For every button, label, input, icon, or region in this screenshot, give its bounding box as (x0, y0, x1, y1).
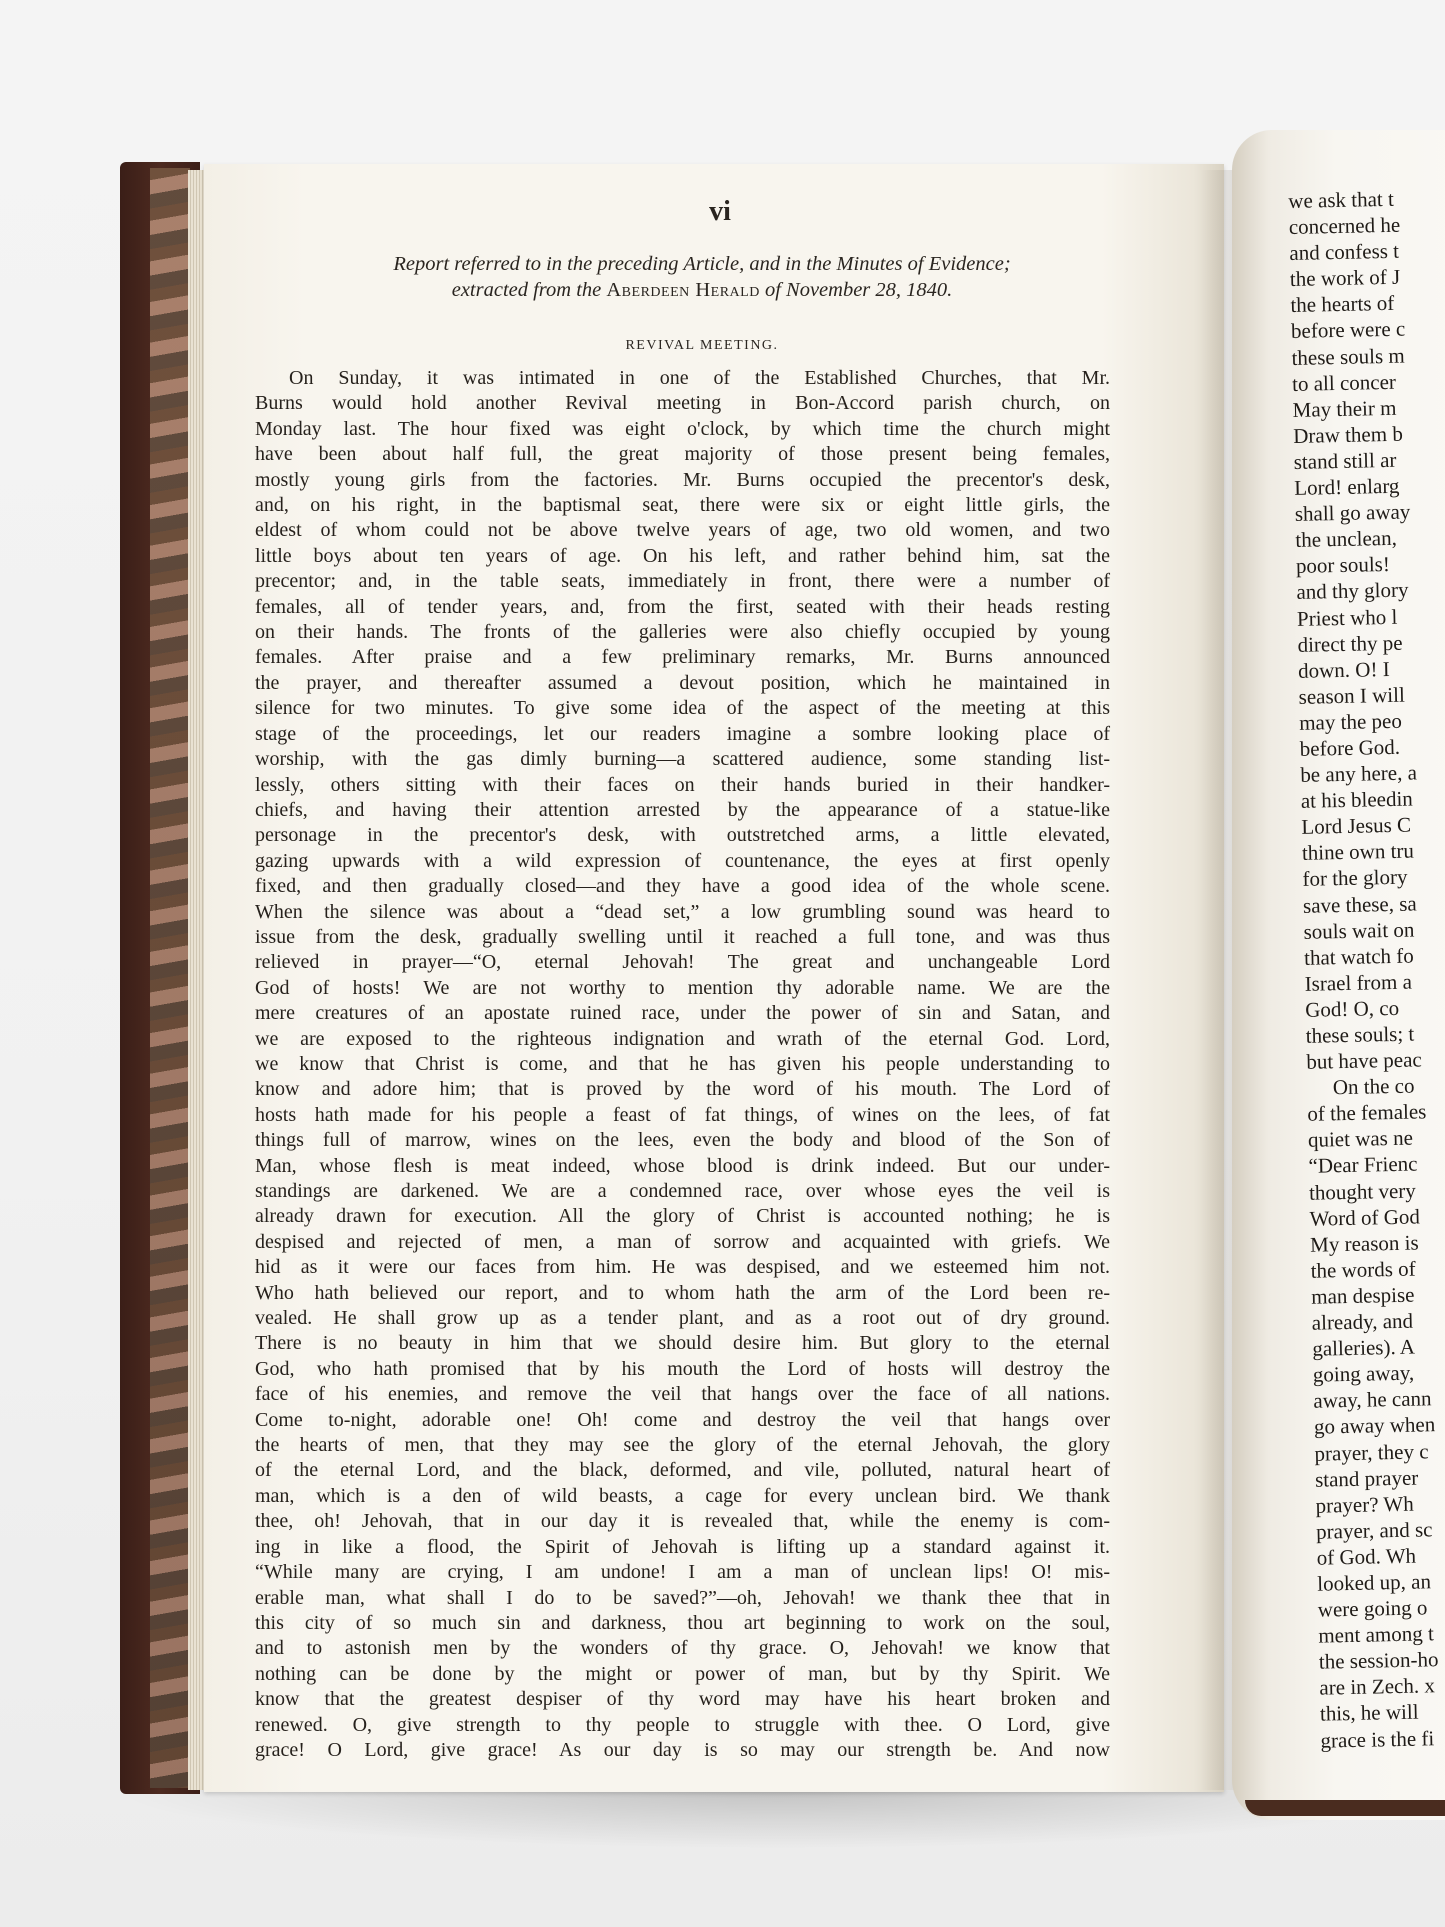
facing-text-line: God! O, co (1305, 993, 1445, 1022)
facing-text-line: that watch fo (1304, 941, 1445, 970)
text-line: the hearts of men, that they may see the… (255, 1433, 1110, 1458)
facing-text-line: prayer? Wh (1315, 1489, 1445, 1518)
facing-text-line: of the females (1307, 1098, 1445, 1127)
text-line: God, who hath promised that by his mouth… (255, 1357, 1110, 1382)
facing-text-line: were going o (1318, 1593, 1445, 1622)
facing-text-line: prayer, and sc (1316, 1515, 1445, 1544)
book-cover-right (1245, 1800, 1445, 1816)
text-line: Who hath believed our report, and to who… (255, 1281, 1110, 1306)
text-line: precentor; and, in the table seats, imme… (255, 569, 1110, 594)
text-line: know and adore him; that is proved by th… (255, 1077, 1110, 1102)
facing-text-line: stand still ar (1293, 446, 1445, 475)
text-line: worship, with the gas dimly burning—a sc… (255, 747, 1110, 772)
article-body: On Sunday, it was intimated in one of th… (255, 366, 1110, 1763)
text-line: thee, oh! Jehovah, that in our day it is… (255, 1509, 1110, 1534)
facing-text-line: may the peo (1299, 706, 1445, 735)
facing-text-line: the words of (1310, 1254, 1445, 1283)
facing-text-line: away, he cann (1313, 1385, 1445, 1414)
text-line: face of his enemies, and remove the veil… (255, 1382, 1110, 1407)
facing-text-line: the hearts of (1290, 289, 1445, 318)
facing-text-line: at his bleedin (1301, 785, 1445, 814)
facing-text-line: these souls m (1291, 341, 1445, 370)
text-line: gazing upwards with a wild expression of… (255, 849, 1110, 874)
text-line: “While many are crying, I am undone! I a… (255, 1560, 1110, 1585)
facing-text-line: we ask that t (1288, 185, 1445, 214)
text-line: mostly young girls from the factories. M… (255, 468, 1110, 493)
text-line: fixed, and then gradually closed—and the… (255, 874, 1110, 899)
marbled-endpaper (150, 168, 190, 1788)
text-line: already drawn for execution. All the glo… (255, 1204, 1110, 1229)
text-line: Monday last. The hour fixed was eight o'… (255, 417, 1110, 442)
text-line: God of hosts! We are not worthy to menti… (255, 976, 1110, 1001)
text-line: know that the greatest despiser of thy w… (255, 1687, 1110, 1712)
text-line: When the silence was about a “dead set,”… (255, 900, 1110, 925)
text-line: little boys about ten years of age. On h… (255, 544, 1110, 569)
text-line: things full of marrow, wines on the lees… (255, 1128, 1110, 1153)
facing-text-line: poor souls! (1296, 550, 1445, 579)
text-line: Come to-night, adorable one! Oh! come an… (255, 1408, 1110, 1433)
facing-text-line: quiet was ne (1308, 1124, 1445, 1153)
facing-text-line: the unclean, (1295, 524, 1445, 553)
text-line: eldest of whom could not be above twelve… (255, 518, 1110, 543)
facing-text-line: thine own tru (1302, 837, 1445, 866)
facing-text-line: save these, sa (1303, 889, 1445, 918)
facing-text-line: for the glory (1302, 863, 1445, 892)
facing-text-line: looked up, an (1317, 1567, 1445, 1596)
facing-text-line: and thy glory (1296, 576, 1445, 605)
text-line: and to astonish men by the wonders of th… (255, 1636, 1110, 1661)
facing-text-line: season I will (1298, 680, 1445, 709)
facing-text-line: be any here, a (1300, 759, 1445, 788)
text-line: grace! O Lord, give grace! As our day is… (255, 1738, 1110, 1763)
text-line: females, all of tender years, and, from … (255, 595, 1110, 620)
text-line: despised and rejected of men, a man of s… (255, 1230, 1110, 1255)
text-line: standings are darkened. We are a condemn… (255, 1179, 1110, 1204)
facing-text-line: souls wait on (1303, 915, 1445, 944)
facing-text-line: going away, (1313, 1359, 1445, 1388)
text-line: silence for two minutes. To give some id… (255, 696, 1110, 721)
text-line: vealed. He shall grow up as a tender pla… (255, 1306, 1110, 1331)
text-line: have been about half full, the great maj… (255, 442, 1110, 467)
facing-text-line: Priest who l (1297, 602, 1445, 631)
facing-text-line: Lord! enlarg (1294, 472, 1445, 501)
facing-text-line: to all concer (1292, 367, 1445, 396)
facing-text-line: are in Zech. x (1319, 1672, 1445, 1701)
facing-text-line: On the co (1307, 1072, 1445, 1101)
facing-text-line: before God. (1299, 732, 1445, 761)
heading-line-2-pre: extracted from the (452, 279, 607, 301)
facing-text-line: before were c (1291, 315, 1445, 344)
text-line: man, which is a den of wild beasts, a ca… (255, 1484, 1110, 1509)
text-line: ing in like a flood, the Spirit of Jehov… (255, 1535, 1110, 1560)
newspaper-name: Aberdeen Herald (606, 279, 759, 301)
text-line: and, on his right, in the baptismal seat… (255, 493, 1110, 518)
text-line: lessly, others sitting with their faces … (255, 773, 1110, 798)
facing-text-line: My reason is (1310, 1228, 1445, 1257)
text-line: stage of the proceedings, let our reader… (255, 722, 1110, 747)
facing-text-line: direct thy pe (1297, 628, 1445, 657)
facing-text-line: Israel from a (1304, 967, 1445, 996)
text-line: personage in the precentor's desk, with … (255, 823, 1110, 848)
text-line: erable man, what shall I do to be saved?… (255, 1586, 1110, 1611)
facing-text-line: galleries). A (1312, 1333, 1445, 1362)
text-line: we are exposed to the righteous indignat… (255, 1027, 1110, 1052)
facing-text-line: shall go away (1295, 498, 1445, 527)
section-title: REVIVAL MEETING. (262, 338, 1142, 354)
facing-text-line: and confess t (1289, 237, 1445, 266)
facing-text-line: this, he will (1320, 1698, 1445, 1727)
heading-line-1: Report referred to in the preceding Arti… (262, 251, 1142, 277)
facing-text-line: the work of J (1290, 263, 1445, 292)
facing-text-line: prayer, they c (1314, 1437, 1445, 1466)
facing-text-line: “Dear Frienc (1308, 1150, 1445, 1179)
facing-text-line: of God. Wh (1316, 1541, 1445, 1570)
facing-text-line: already, and (1311, 1306, 1445, 1335)
facing-text-line: May their m (1292, 393, 1445, 422)
page-number: vi (680, 196, 760, 228)
text-line: hosts hath made for his people a feast o… (255, 1103, 1110, 1128)
facing-text-line: man despise (1311, 1280, 1445, 1309)
heading-line-2: extracted from the Aberdeen Herald of No… (262, 277, 1142, 303)
facing-text-line: Lord Jesus C (1301, 811, 1445, 840)
text-line: of the eternal Lord, and the black, defo… (255, 1458, 1110, 1483)
facing-text-line: thought very (1309, 1176, 1445, 1205)
facing-text-line: go away when (1314, 1411, 1445, 1440)
facing-text-line: but have peac (1306, 1046, 1445, 1075)
text-line: we know that Christ is come, and that he… (255, 1052, 1110, 1077)
text-line: females. After praise and a few prelimin… (255, 645, 1110, 670)
heading-line-2-post: of November 28, 1840. (760, 279, 952, 301)
text-line: hid as it were our faces from him. He wa… (255, 1255, 1110, 1280)
facing-text-line: grace is the fi (1320, 1724, 1445, 1753)
facing-text-line: the session-ho (1319, 1646, 1445, 1675)
facing-text-line: down. O! I (1298, 654, 1445, 683)
text-line: mere creatures of an apostate ruined rac… (255, 1001, 1110, 1026)
text-line: On Sunday, it was intimated in one of th… (255, 366, 1110, 391)
text-line: on their hands. The fronts of the galler… (255, 620, 1110, 645)
text-line: nothing can be done by the might or powe… (255, 1662, 1110, 1687)
text-line: renewed. O, give strength to thy people … (255, 1713, 1110, 1738)
facing-text-line: stand prayer (1315, 1463, 1445, 1492)
text-line: relieved in prayer—“O, eternal Jehovah! … (255, 950, 1110, 975)
text-line: issue from the desk, gradually swelling … (255, 925, 1110, 950)
facing-text-line: these souls; t (1305, 1019, 1445, 1048)
text-line: the prayer, and thereafter assumed a dev… (255, 671, 1110, 696)
text-line: There is no beauty in him that we should… (255, 1331, 1110, 1356)
facing-text-line: ment among t (1318, 1619, 1445, 1648)
facing-text-line: concerned he (1289, 211, 1445, 240)
article-heading: Report referred to in the preceding Arti… (262, 251, 1142, 303)
facing-text-line: Word of God (1309, 1202, 1445, 1231)
text-line: this city of so much sin and darkness, t… (255, 1611, 1110, 1636)
facing-text-line: Draw them b (1293, 419, 1445, 448)
text-line: Man, whose flesh is meat indeed, whose b… (255, 1154, 1110, 1179)
text-line: chiefs, and having their attention arres… (255, 798, 1110, 823)
text-line: Burns would hold another Revival meeting… (255, 391, 1110, 416)
